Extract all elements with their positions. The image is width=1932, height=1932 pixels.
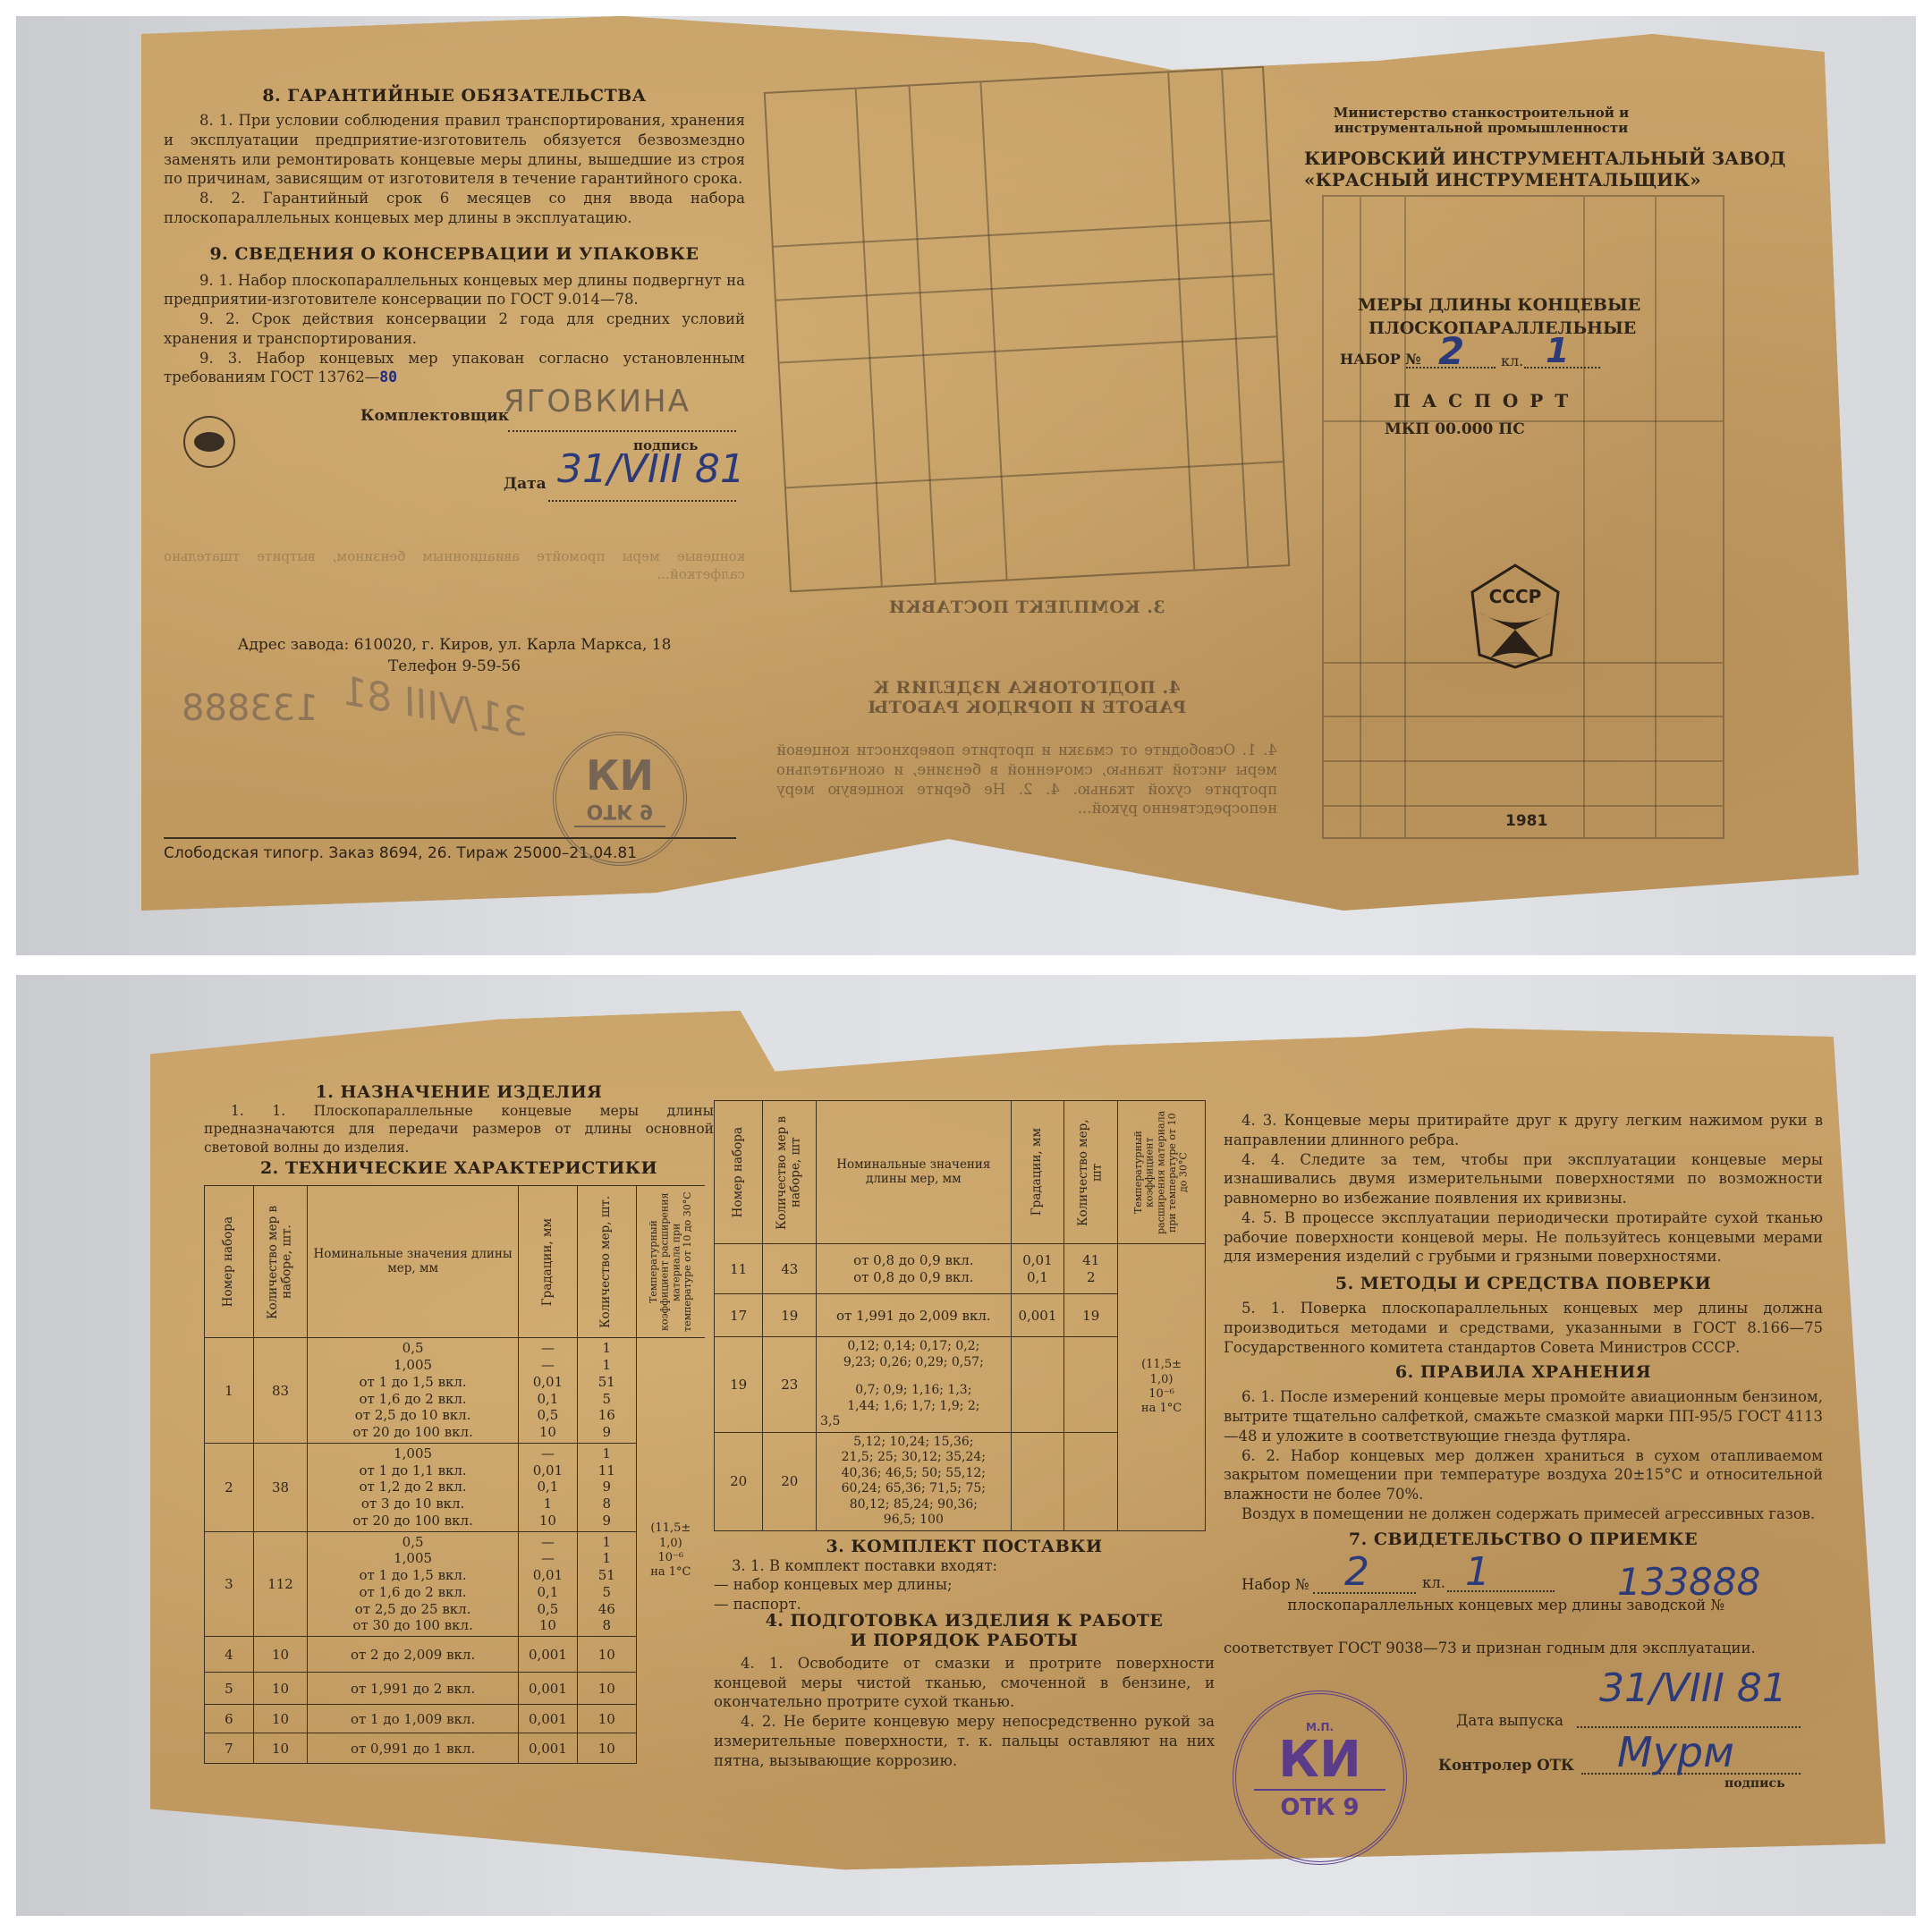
temp-coef-cell: (11,5±1,0)10⁻⁶на 1°С	[636, 1338, 705, 1764]
section6-p1: 6. 1. После измерений концевые меры пром…	[1224, 1387, 1823, 1445]
set-number-handwritten: 2	[1438, 329, 1464, 373]
col-set-number: Номер набора	[205, 1186, 254, 1338]
section6-p2: 6. 2. Набор концевых мер должен хранитьс…	[1224, 1446, 1823, 1504]
factory-logo-icon	[183, 416, 235, 468]
otk-stamp-top: КИ ОТК 9	[553, 732, 687, 866]
table-row: 6 10 от 1 до 1,009 вкл. 0,001 10	[205, 1705, 706, 1733]
table-row: 4 10 от 2 до 2,009 вкл. 0,001 10	[205, 1637, 706, 1673]
ghost-text-block: концевые меры промойте авиационным бензи…	[164, 548, 745, 629]
packer-date-handwritten: 31/VIII 81	[557, 446, 745, 492]
ghost-date: 31/VIII 81	[338, 668, 530, 746]
col-quantity: Количество мер, шт.	[577, 1186, 636, 1338]
section7-heading: 7. СВИДЕТЕЛЬСТВО О ПРИЕМКЕ	[1224, 1529, 1823, 1549]
section9-heading: 9. СВЕДЕНИЯ О КОНСЕРВАЦИИ И УПАКОВКЕ	[164, 244, 745, 264]
table-row: 1 83 0,51,005от 1 до 1,5 вкл.от 1,6 до 2…	[205, 1338, 706, 1444]
section9-p2: 9. 2. Срок действия консервации 2 года д…	[164, 309, 745, 349]
otk-stamp-mark: КИ	[1236, 1735, 1403, 1785]
col-nominal-values: Номинальные значения длины мер, мм	[308, 1186, 519, 1338]
section4-p2: 4. 2. Не берите концевую меру непосредст…	[714, 1712, 1215, 1770]
p-4-4: 4. 4. Следите за тем, чтобы при эксплуат…	[1224, 1150, 1823, 1208]
cert-class-label: кл.	[1422, 1574, 1445, 1591]
section1-p1: 1. 1. Плоскопараллельные концевые меры д…	[204, 1102, 714, 1157]
col-nominal-values: Номинальные значения длины мер, мм	[817, 1101, 1011, 1244]
cert-set-label: Набор №	[1241, 1576, 1309, 1593]
section3-intro: 3. 1. В комплект поставки входят:	[714, 1556, 1215, 1576]
section9-p1: 9. 1. Набор плоскопараллельных концевых …	[164, 271, 745, 310]
product-title-line2: ПЛОСКОПАРАЛЛЕЛЬНЫЕ	[1368, 318, 1636, 338]
col-gradation: Градации, мм	[519, 1186, 578, 1338]
cert-serial-handwritten: 133888	[1617, 1560, 1760, 1604]
section1-heading: 1. НАЗНАЧЕНИЕ ИЗДЕЛИЯ	[204, 1082, 714, 1102]
section8-p2: 8. 2. Гарантийный срок 6 месяцев со дня …	[164, 189, 745, 228]
tech-table-1: Номер набора Количество мер в наборе, шт…	[204, 1185, 705, 1764]
section9-p3-text: 9. 3. Набор концевых мер упакован соглас…	[164, 350, 745, 386]
section4-heading-2: И ПОРЯДОК РАБОТЫ	[714, 1631, 1215, 1650]
controller-label: Контролер ОТК	[1438, 1757, 1574, 1774]
packer-label: Комплектовщик	[360, 407, 509, 425]
packer-date-label: Дата	[504, 475, 547, 493]
class-label: кл.	[1501, 352, 1523, 369]
packer-date-line	[548, 500, 736, 502]
stamped-year: 80	[379, 369, 397, 386]
col-gradation: Градации, мм	[1011, 1101, 1064, 1244]
section2-heading: 2. ТЕХНИЧЕСКИЕ ХАРАКТЕРИСТИКИ	[204, 1158, 714, 1178]
factory-name-line2: «КРАСНЫЙ ИНСТРУМЕНТАЛЬЩИК»	[1304, 169, 1877, 191]
section3-item-1: — набор концевых мер длины;	[714, 1575, 1215, 1595]
col-set-count: Количество мер в наборе, шт.	[253, 1186, 307, 1338]
factory-phone: Телефон 9-59-56	[164, 657, 745, 675]
cert-class-handwritten: 1	[1465, 1549, 1490, 1595]
product-title-line1: МЕРЫ ДЛИНЫ КОНЦЕВЫЕ	[1358, 295, 1640, 315]
otk-stamp-mark: КИ	[556, 755, 683, 796]
ghost-table	[764, 66, 1291, 593]
p-4-3: 4. 3. Концевые меры притирайте друг к др…	[1224, 1111, 1823, 1150]
ghost-section4-heading: 4. ПОДГОТОВКА ИЗДЕЛИЯ К РАБОТЕ И ПОРЯДОК…	[830, 678, 1224, 717]
col-set-count: Количество мер в наборе, шт	[763, 1101, 817, 1244]
col-temp-coef: Температурный коэффициент расширения мат…	[636, 1186, 705, 1338]
table-row: 3 112 0,51,005от 1 до 1,5 вкл.от 1,6 до …	[205, 1531, 706, 1637]
top-middle-page-ghost: 3. КОМПЛЕКТ ПОСТАВКИ 4. ПОДГОТОВКА ИЗДЕЛ…	[758, 52, 1295, 893]
bottom-middle-page: Номер набора Количество мер в наборе, шт…	[714, 1073, 1215, 1860]
passport-title: П А С П О Р Т	[1394, 390, 1571, 411]
class-handwritten: 1	[1546, 331, 1569, 370]
section6-p3: Воздух в помещении не должен содержать п…	[1224, 1504, 1823, 1524]
section4-heading-1: 4. ПОДГОТОВКА ИЗДЕЛИЯ К РАБОТЕ	[714, 1611, 1215, 1631]
packer-signature-line	[508, 430, 736, 432]
document-code: МКП 00.000 ПС	[1385, 420, 1525, 438]
ministry-line: Министерство станкостроительной и инстру…	[1329, 106, 1633, 137]
set-number-label: НАБОР №	[1340, 351, 1421, 368]
tech-table-2: Номер набора Количество мер в наборе, шт…	[714, 1100, 1206, 1531]
top-photo: 8. ГАРАНТИЙНЫЕ ОБЯЗАТЕЛЬСТВА 8. 1. При у…	[16, 16, 1916, 955]
otk-stamp-bottom: М.П. КИ ОТК 9	[1233, 1690, 1407, 1865]
temp-coef-cell: (11,5±1,0)10⁻⁶на 1°С	[1118, 1244, 1206, 1531]
top-cover-page: Министерство станкостроительной и инстру…	[1304, 52, 1877, 902]
set-number-field: НАБОР № 2 кл. 1	[1340, 336, 1608, 377]
ghost-cover-table	[1322, 195, 1724, 839]
otk-stamp-label: ОТК 9	[574, 800, 665, 827]
col-quantity: Количество мер, шт	[1064, 1101, 1118, 1244]
section5-heading: 5. МЕТОДЫ И СРЕДСТВА ПОВЕРКИ	[1224, 1274, 1823, 1293]
ghost-section3-heading: 3. КОМПЛЕКТ ПОСТАВКИ	[830, 597, 1224, 617]
col-set-number: Номер набора	[715, 1101, 763, 1244]
ghost-section4-text: 4. 1. Освободите от смазки и протрите по…	[776, 741, 1277, 818]
otk-stamp-label: ОТК 9	[1254, 1789, 1385, 1821]
section4-p1: 4. 1. Освободите от смазки и протрите по…	[714, 1654, 1215, 1712]
quality-mark-text: СССР	[1489, 586, 1542, 607]
section3-heading: 3. КОМПЛЕКТ ПОСТАВКИ	[714, 1537, 1215, 1556]
cert-text-b: соответствует ГОСТ 9038—73 и признан год…	[1224, 1639, 1760, 1657]
cert-set-handwritten: 2	[1344, 1549, 1369, 1595]
print-year: 1981	[1505, 812, 1547, 830]
col-temp-coef: Температурный коэффициент расширения мат…	[1118, 1101, 1206, 1244]
packer-block: Комплектовщик ЯГОВКИНА подпись Дата 31/V…	[164, 396, 745, 548]
p-4-5: 4. 5. В процессе эксплуатации периодичес…	[1224, 1208, 1823, 1267]
table-row: 7 10 от 0,991 до 1 вкл. 0,001 10	[205, 1733, 706, 1764]
section5-p1: 5. 1. Поверка плоскопараллельных концевы…	[1224, 1299, 1823, 1357]
table-row: 5 10 от 1,991 до 2 вкл. 0,001 10	[205, 1673, 706, 1705]
section6-heading: 6. ПРАВИЛА ХРАНЕНИЯ	[1224, 1362, 1823, 1382]
release-date-handwritten: 31/VIII 81	[1599, 1665, 1787, 1711]
bottom-photo: 1. НАЗНАЧЕНИЕ ИЗДЕЛИЯ 1. 1. Плоскопаралл…	[16, 975, 1916, 1916]
section8-p1: 8. 1. При условии соблюдения правил тран…	[164, 111, 745, 189]
table-row: 2 38 1,005от 1 до 1,1 вкл.от 1,2 до 2 вк…	[205, 1443, 706, 1531]
controller-signature-caption: подпись	[1724, 1776, 1785, 1791]
section9-p3: 9. 3. Набор концевых мер упакован соглас…	[164, 349, 745, 388]
release-date-label: Дата выпуска	[1456, 1712, 1563, 1729]
factory-address: Адрес завода: 610020, г. Киров, ул. Карл…	[164, 636, 745, 654]
packer-name-stamp: ЯГОВКИНА	[504, 384, 691, 419]
section8-heading: 8. ГАРАНТИЙНЫЕ ОБЯЗАТЕЛЬСТВА	[164, 86, 745, 106]
bottom-left-page: 1. НАЗНАЧЕНИЕ ИЗДЕЛИЯ 1. 1. Плоскопаралл…	[204, 1046, 714, 1869]
controller-signature: Мурм	[1617, 1728, 1734, 1776]
factory-name-line1: КИРОВСКИЙ ИНСТРУМЕНТАЛЬНЫЙ ЗАВОД	[1304, 148, 1877, 169]
table-row: 11 43 от 0,8 до 0,9 вкл.от 0,8 до 0,9 вк…	[715, 1244, 1206, 1294]
ghost-serial: 133888	[182, 688, 318, 729]
ussr-quality-mark-icon: СССР	[1465, 562, 1565, 671]
